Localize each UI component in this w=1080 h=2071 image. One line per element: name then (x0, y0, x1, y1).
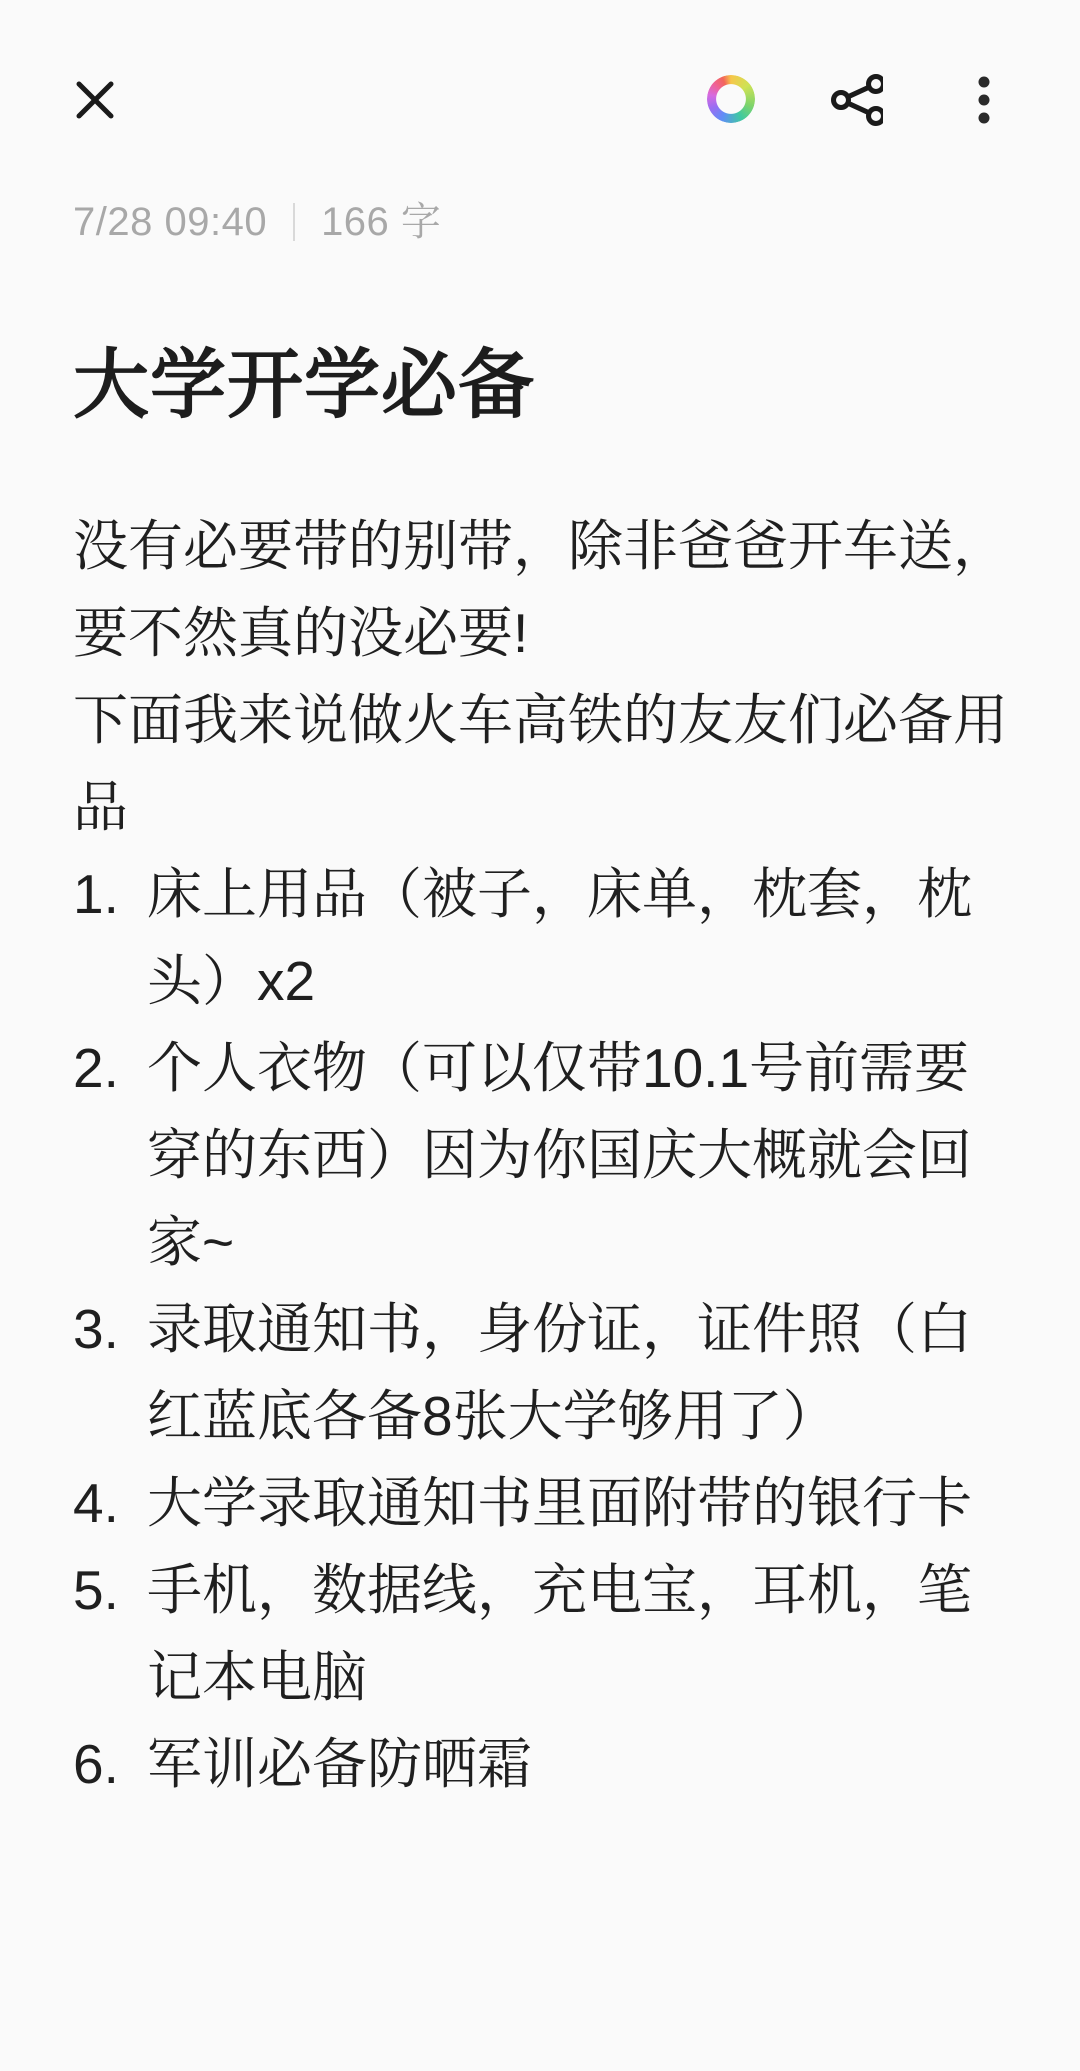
meta-divider (293, 203, 295, 241)
list-item: 4. 大学录取通知书里面附带的银行卡 (73, 1460, 1040, 1547)
list-item: 1. 床上用品（被子，床单，枕套，枕 头）x2 (73, 851, 1040, 1025)
note-char-count: 166 字 (321, 198, 441, 246)
list-item-text: 个人衣物（可以仅带10.1号前需要 穿的东西）因为你国庆大概就会回 家~ (147, 1025, 972, 1286)
notes-app-screen: 7/28 09:40 166 字 大学开学必备 没有必要带的别带，除非爸爸开车送… (0, 0, 1080, 2071)
note-paragraph: 没有必要带的别带，除非爸爸开车送， 要不然真的没必要! (73, 503, 1040, 677)
list-item-number: 4. (73, 1460, 147, 1547)
list-item-number: 1. (73, 851, 147, 1025)
list-item: 2. 个人衣物（可以仅带10.1号前需要 穿的东西）因为你国庆大概就会回 家~ (73, 1025, 1040, 1286)
more-vertical-icon (976, 72, 992, 128)
theme-button[interactable] (703, 71, 759, 127)
share-button[interactable] (829, 72, 885, 128)
list-item-number: 5. (73, 1547, 147, 1721)
list-item-number: 2. (73, 1025, 147, 1286)
note-meta: 7/28 09:40 166 字 (73, 198, 441, 246)
more-button[interactable] (966, 72, 1002, 128)
list-item-text: 录取通知书，身份证，证件照（白 红蓝底各备8张大学够用了） (147, 1286, 972, 1460)
note-paragraph: 下面我来说做火车高铁的友友们必备用 品 (73, 677, 1040, 851)
close-button[interactable] (67, 72, 123, 128)
note-content[interactable]: 没有必要带的别带，除非爸爸开车送， 要不然真的没必要! 下面我来说做火车高铁的友… (73, 503, 1040, 1808)
list-item: 6. 军训必备防晒霜 (73, 1721, 1040, 1808)
list-item-number: 3. (73, 1286, 147, 1460)
list-item: 3. 录取通知书，身份证，证件照（白 红蓝底各备8张大学够用了） (73, 1286, 1040, 1460)
note-datetime: 7/28 09:40 (73, 198, 267, 246)
note-title: 大学开学必备 (73, 338, 535, 434)
share-icon (831, 74, 883, 126)
close-icon (73, 78, 117, 122)
list-item-text: 大学录取通知书里面附带的银行卡 (147, 1460, 972, 1547)
list-item-number: 6. (73, 1721, 147, 1808)
list-item-text: 床上用品（被子，床单，枕套，枕 头）x2 (147, 851, 972, 1025)
list-item-text: 手机，数据线，充电宝，耳机，笔 记本电脑 (147, 1547, 972, 1721)
color-ring-icon (707, 75, 755, 123)
list-item: 5. 手机，数据线，充电宝，耳机，笔 记本电脑 (73, 1547, 1040, 1721)
list-item-text: 军训必备防晒霜 (147, 1721, 532, 1808)
